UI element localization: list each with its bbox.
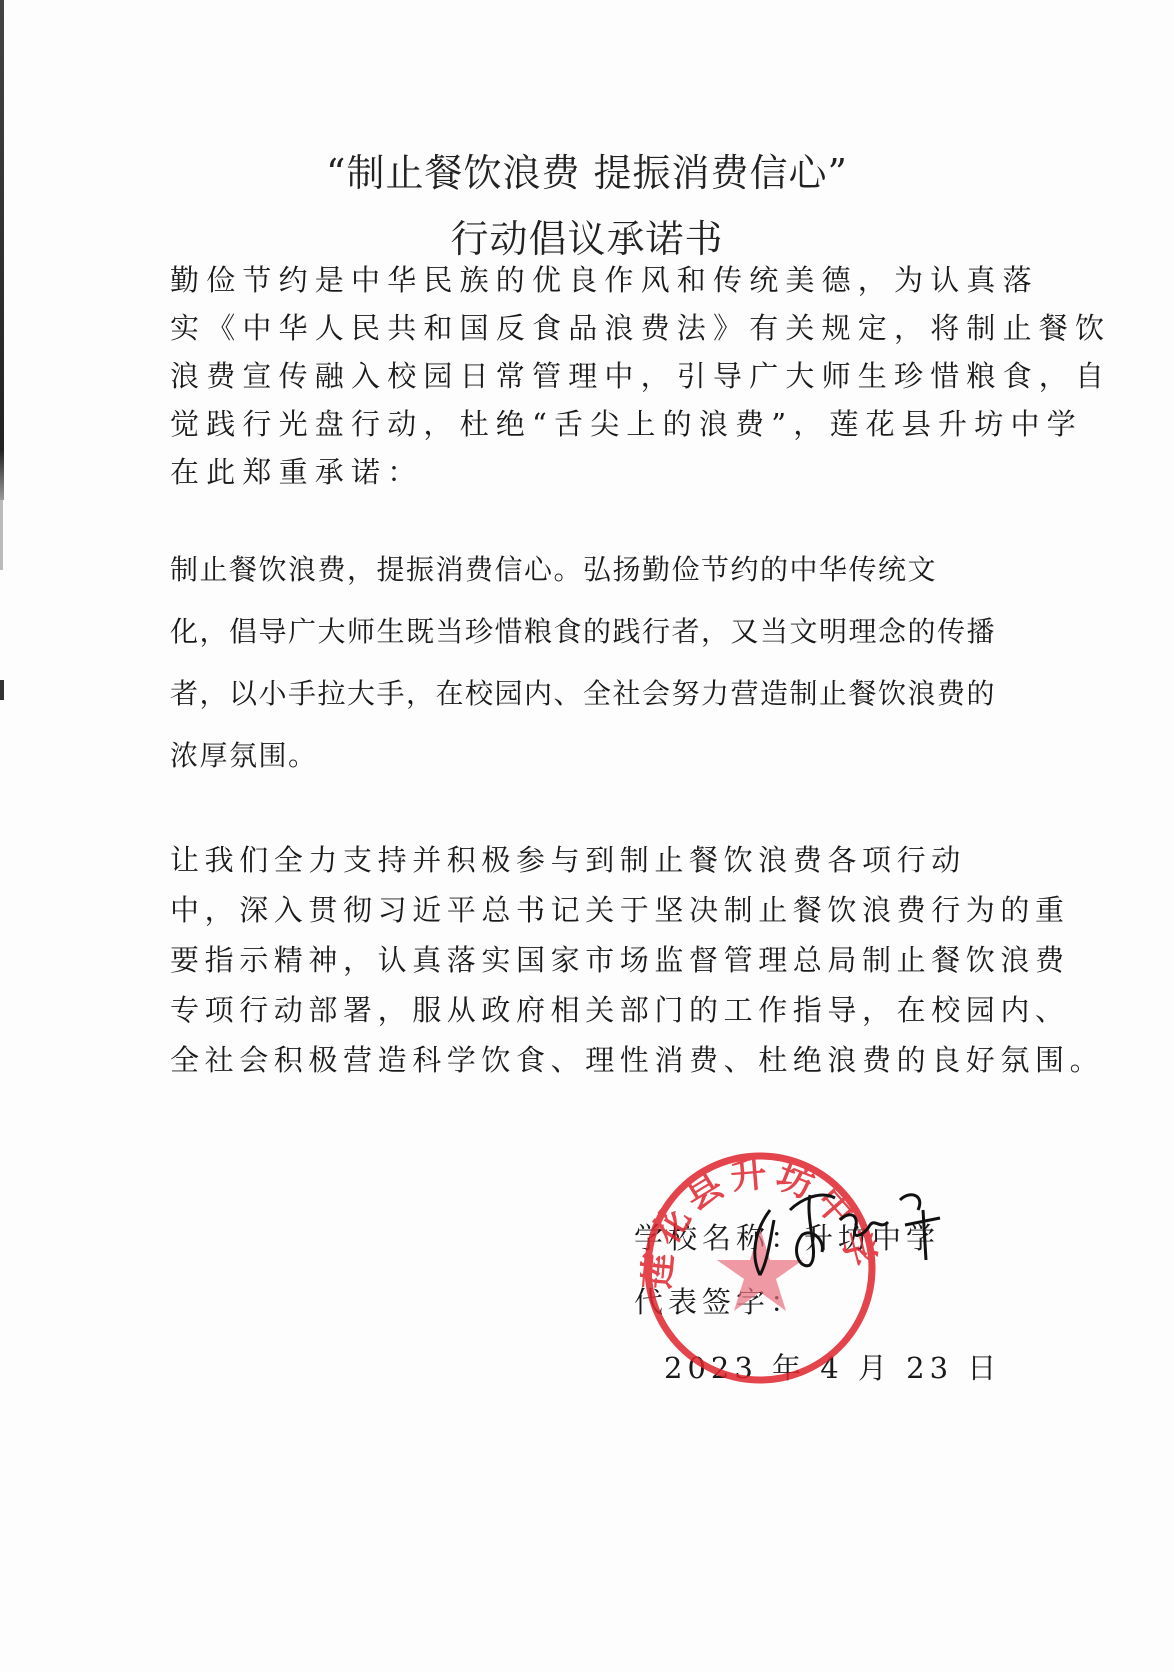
document-title: “制止餐饮浪费 提振消费信心” [0, 142, 1174, 197]
text-line: 在此郑重承诺： [170, 450, 423, 491]
text-line: 者，以小手拉大手，在校园内、全社会努力营造制止餐饮浪费的 [170, 672, 996, 712]
scan-edge-shadow [0, 500, 3, 570]
text-line: 中，深入贯彻习近平总书记关于坚决制止餐饮浪费行为的重 [170, 888, 1070, 929]
representative-label: 代表签字： [634, 1285, 804, 1319]
text-line: 浓厚氛围。 [170, 734, 318, 774]
text-line: 全社会积极营造科学饮食、理性消费、杜绝浪费的良好氛围。 [170, 1038, 1104, 1079]
scan-edge-shadow [0, 680, 4, 700]
text-line: 让我们全力支持并积极参与到制止餐饮浪费各项行动 [170, 838, 966, 879]
text-line: 制止餐饮浪费，提振消费信心。弘扬勤俭节约的中华传统文 [170, 548, 937, 588]
text-line: 觉践行光盘行动，杜绝“舌尖上的浪费”，莲花县升坊中学 [170, 402, 1083, 443]
text-line: 浪费宣传融入校园日常管理中，引导广大师生珍惜粮食，自 [170, 354, 1111, 395]
text-line: 专项行动部署，服从政府相关部门的工作指导，在校园内、 [170, 988, 1070, 1029]
document-subtitle: 行动倡议承诺书 [0, 208, 1174, 263]
text-line: 化，倡导广大师生既当珍惜粮食的践行者，又当文明理念的传播 [170, 610, 996, 650]
text-line: 实《中华人民共和国反食品浪费法》有关规定，将制止餐饮 [170, 306, 1111, 347]
text-line: 勤俭节约是中华民族的优良作风和传统美德，为认真落 [170, 258, 1039, 299]
signing-date: 2023 年 4 月 23 日 [664, 1346, 1001, 1387]
handwritten-signature [740, 1180, 970, 1290]
text-line: 要指示精神，认真落实国家市场监督管理总局制止餐饮浪费 [170, 938, 1070, 979]
